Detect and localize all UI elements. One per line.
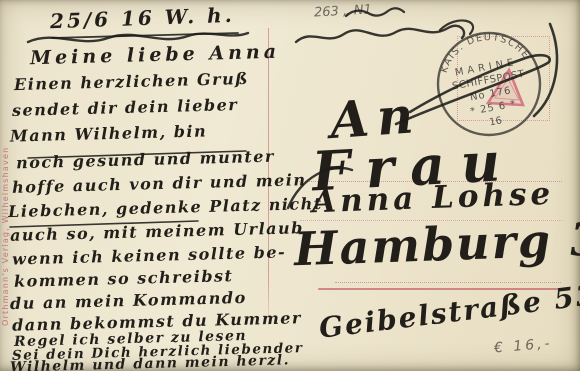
address-street: Geibelstraße 53 pt: [317, 272, 580, 345]
message-line: auch so, mit meinem Urlaub: [10, 218, 304, 245]
pencil-note-price: € 16,-: [493, 335, 553, 356]
message-line: Liebchen, gedenke Platz nicht: [8, 194, 323, 221]
postcard-back: Orthmann's Verlag, Wilhelmshaven KAIS. D…: [0, 0, 580, 371]
message-line: du an mein Kommando: [10, 288, 247, 313]
message-line: noch gesund und munter: [16, 147, 275, 173]
message-line: sendet dir dein lieber: [12, 95, 239, 120]
date-line: 25/6 16 W. h.: [50, 3, 235, 33]
crossed-out-scribble: [28, 33, 248, 42]
message-line: hoffe auch von dir und mein: [12, 170, 307, 197]
message-line: Mann Wilhelm, bin: [10, 121, 208, 145]
address-dotted-line: [335, 282, 561, 283]
postmark-line-year: 16: [488, 115, 502, 128]
message-line: Einen herzlichen Gruß: [14, 69, 249, 94]
pencil-note-number: 263 „ N1: [314, 2, 373, 20]
message-line: wenn ich keinen sollte be-: [12, 242, 287, 268]
message-line: Meine liebe Anna: [30, 41, 281, 70]
message-line: kommen so schreibst: [14, 266, 234, 291]
